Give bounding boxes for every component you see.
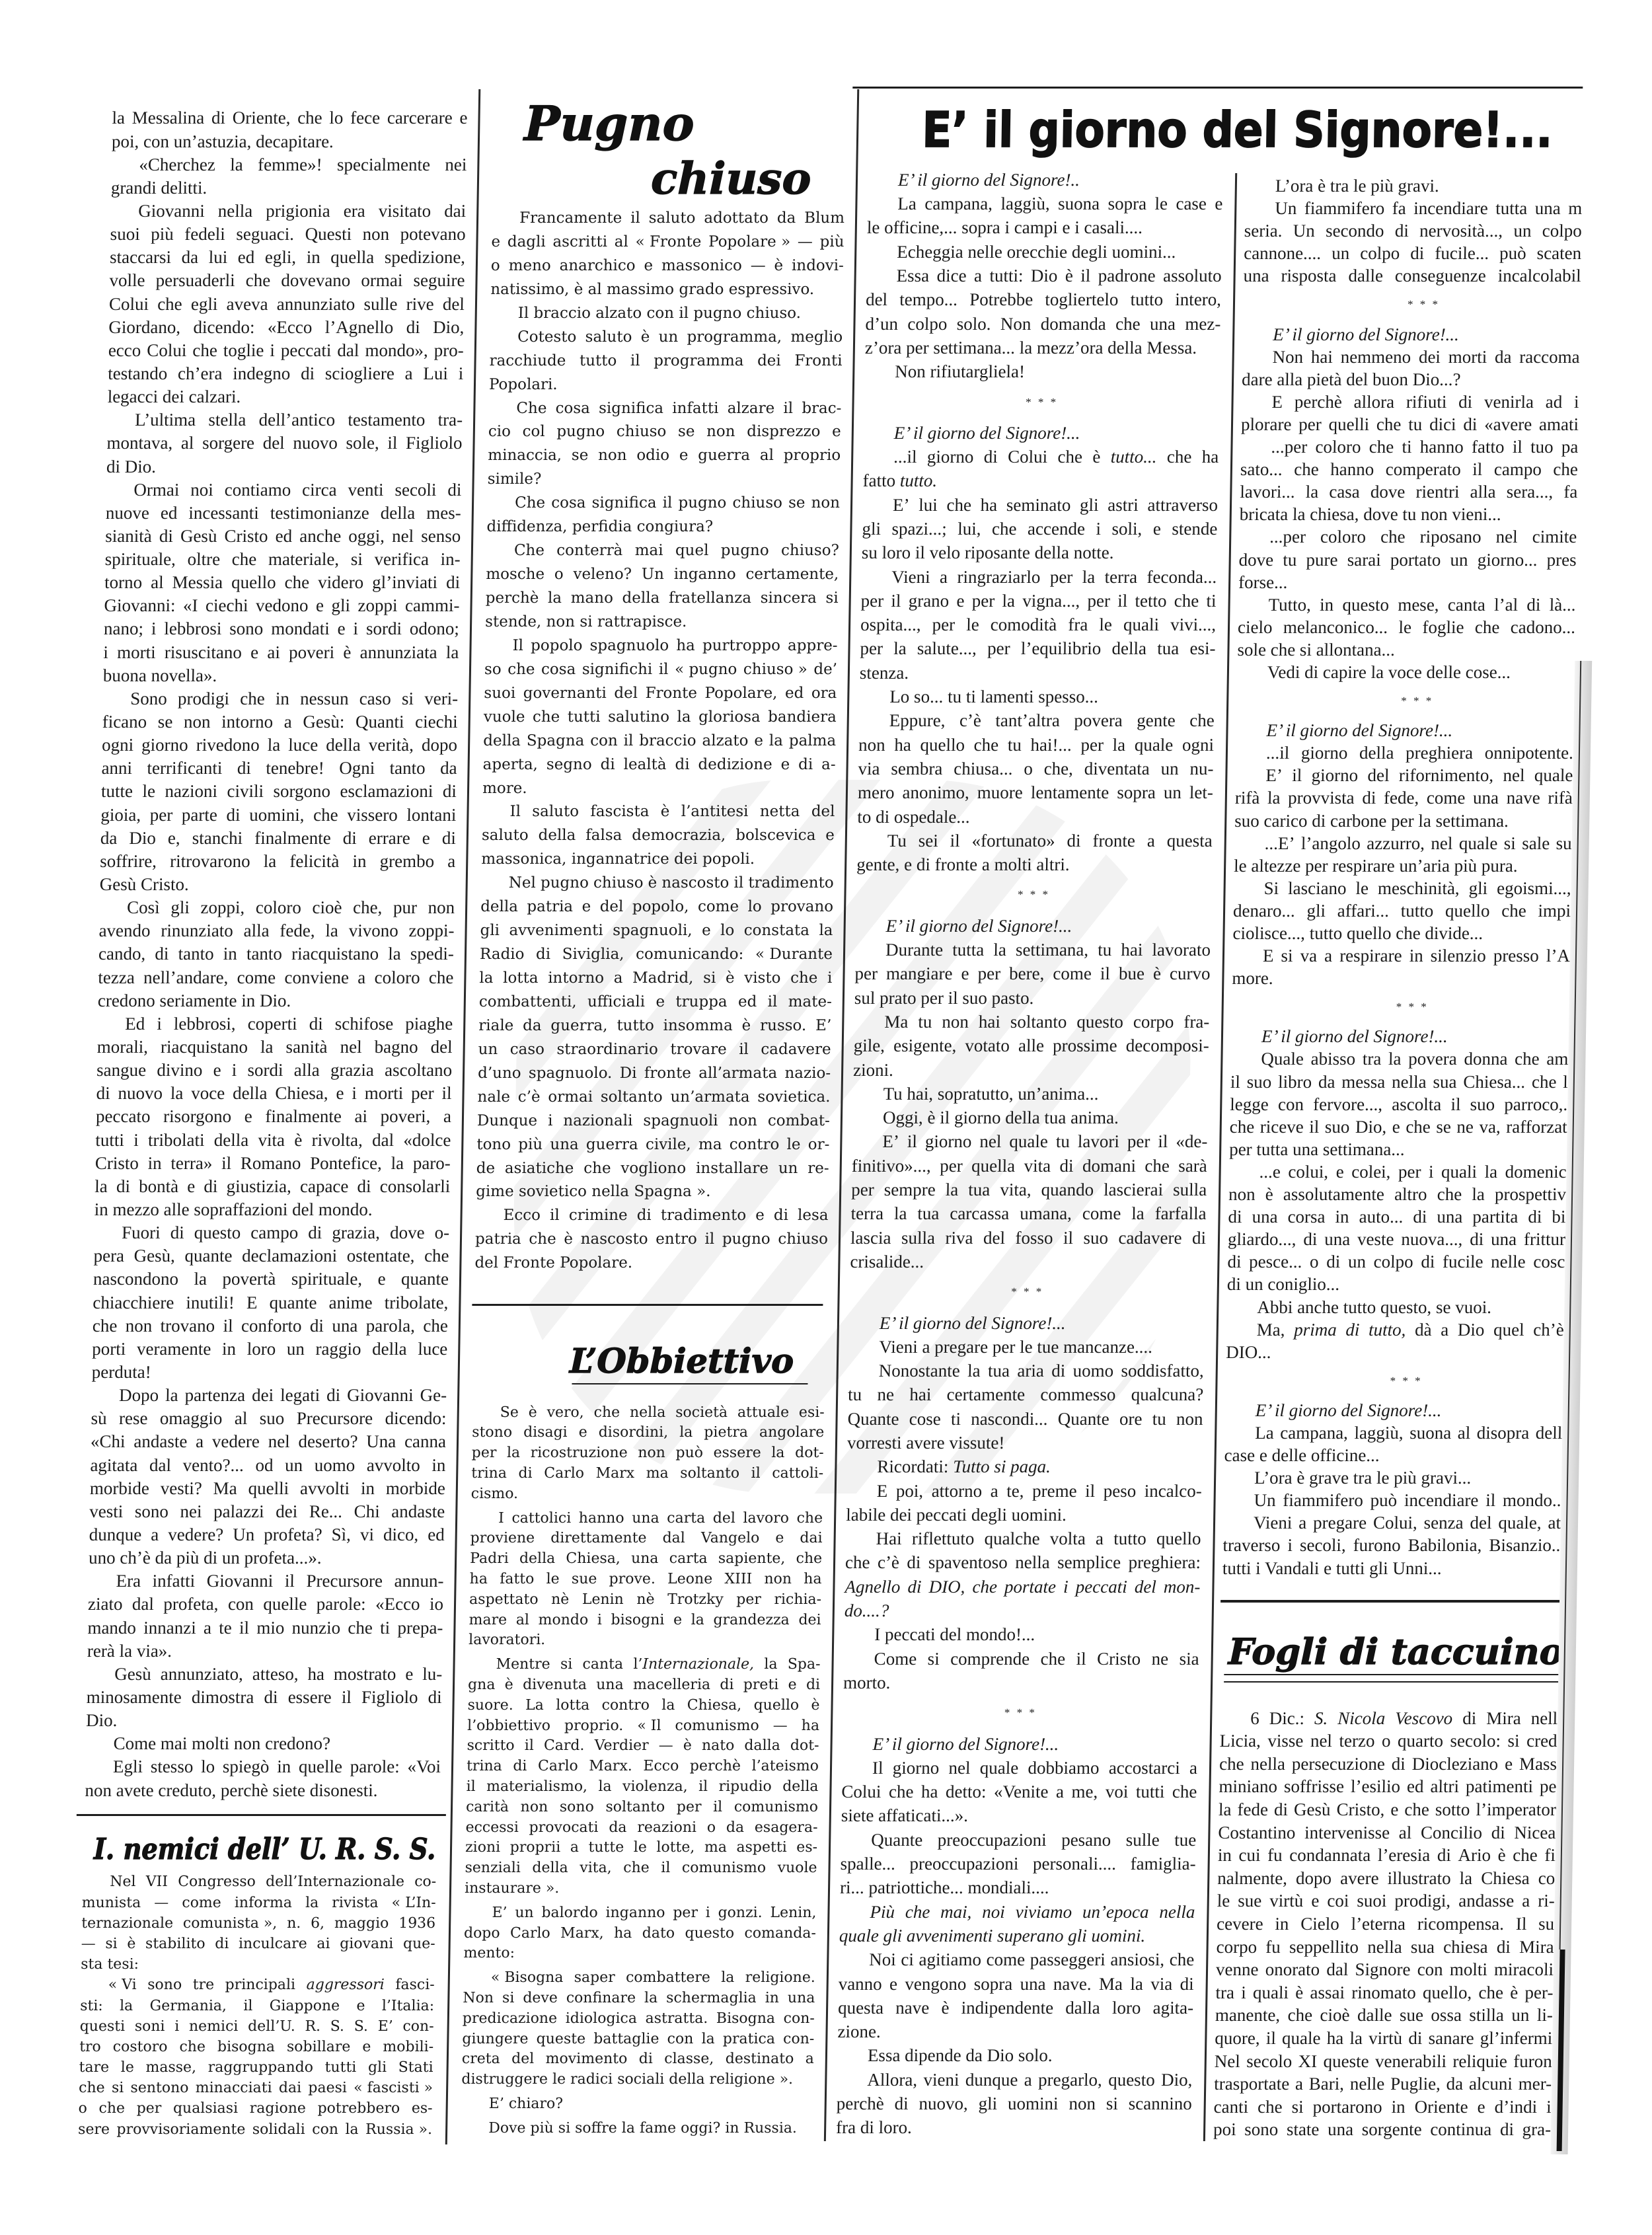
word: la [1349,2027,1363,2050]
word: terra [1104,565,1137,589]
paragraph: ...E’ l’angolo azzurro, nel quale si sal… [1234,832,1572,877]
word: Hai [876,1527,902,1550]
word: quali [1123,613,1160,636]
text-line: «Chi andaste a vedere nel deserto? Una c… [91,1430,447,1453]
word: affari... [1337,899,1390,922]
text-line: carità non sono soltanto per il comunism… [466,1798,818,1818]
word: il [1158,1129,1168,1153]
word: Giovanni [347,1384,414,1407]
word: E’ [1265,764,1283,786]
word: fasci- [395,1975,435,1995]
word: ascoltano [385,1059,453,1082]
text-line: e dagli ascritti al « Fronte Popolare » … [491,231,845,254]
word: respirare [1339,944,1402,967]
word: da [1495,346,1512,368]
word: salutino [608,706,670,730]
word: suoi [484,682,515,706]
word: per [851,1178,874,1201]
word: di [1500,2118,1515,2141]
word: a [196,1430,204,1453]
text-line: lavoratori. [469,1630,821,1651]
subheading: E’ il giorno del Signore!.. [868,168,1224,192]
text-line: proviene direttamente dal Vangelo e dai [470,1529,822,1549]
word: di [1410,242,1425,264]
section-separator: * * * [1231,989,1569,1025]
word: una [1020,1972,1046,1996]
word: per [1398,1160,1421,1183]
text-line: poi sono state una sorgente continua di … [1213,2118,1552,2141]
word: sulle [363,293,398,316]
word: di [226,804,241,827]
word: di [357,1175,371,1198]
word: la [391,1152,404,1175]
word: Tutto, [1268,593,1311,616]
word: è [774,254,783,278]
word: quale [980,1756,1019,1780]
word: lavori... [1240,480,1295,503]
word: ...per [1271,436,1307,458]
word: contro [729,1133,779,1157]
paragraph: Abbi anche tutto questo, se vuoi. [1226,1296,1565,1318]
word: fronte [1092,829,1135,852]
text-line: che si sentono minacciati dai paesi « fa… [79,2078,433,2098]
word: sorgere [202,432,255,455]
word: cattoli- [772,1464,823,1484]
word: è [683,1736,693,1757]
word: significhi [582,658,653,682]
text-line: dove tu pure sarai portato un giorno... … [1238,549,1577,571]
word: ogni [1182,733,1215,757]
text-line: montava, al sorgere del nuovo sole, il F… [106,432,463,455]
word: l’Italia: [382,1996,435,2016]
text-line: sta tesi: [81,1954,435,1975]
word: Figliolo [406,432,463,455]
word: decomposi- [1125,1034,1209,1057]
word: e [956,589,965,613]
paragraph: E’ il giorno nel quale tu lavori per il … [850,1129,1208,1273]
word: si [703,967,716,991]
word: vuole [777,1858,817,1879]
word: è [343,641,352,664]
word: meglio [790,326,843,350]
word: colpo [1360,242,1400,264]
word: tutta [1495,197,1528,219]
word: si [1504,832,1517,854]
word: seguaci. [236,223,294,246]
word: nelle [1350,2072,1385,2096]
word: Egli [113,1755,143,1778]
word: in [147,1152,162,1175]
word: di [636,1204,652,1228]
word: come [1053,962,1092,985]
word: coloro [374,966,420,989]
text-line: su loro il velo riposante della notte. [862,541,1218,564]
text-line: trina di Carlo Marx ma soltanto il catto… [471,1464,823,1484]
text-line: pera Gesù, quante declamazioni ostentate… [93,1244,449,1268]
word: per [411,1082,434,1105]
italic-text: Agnello [845,1577,900,1597]
word: da [181,246,198,269]
word: che [1515,1047,1540,1070]
word: anni [101,757,132,780]
word: dal [149,1454,172,1477]
text-line: ...il giorno della preghiera onnipotente… [1236,741,1574,764]
word: una [550,1133,579,1157]
word: meno [508,254,551,278]
paragraph: Si lasciano le meschinità, gli egoismi..… [1232,877,1571,944]
word: Colui [109,293,149,316]
word: soni [135,2016,165,2037]
word: direttamente [550,1529,647,1549]
paragraph: Il popolo spagnuolo ha purtroppo appre-s… [482,634,838,801]
text-line: aspettato nè Lenin nè Trotzky per richia… [469,1590,821,1610]
text-line: giungere queste battaglie con la pratica… [462,2029,814,2050]
word: la [769,730,784,753]
word: divenuta [523,1675,587,1696]
word: a [151,1523,159,1546]
word: suona [1058,192,1100,215]
word: insomma [663,1014,733,1038]
word: comodità [991,613,1057,636]
paragraph: Essa dice a tutti: Dio è il padrone asso… [865,264,1222,360]
word: informa [235,1893,293,1913]
word: preghiera: [1128,1550,1201,1574]
word: non [942,1010,969,1034]
word: quale [1534,764,1573,786]
word: ch’era [178,362,223,385]
word: nunzio [291,1616,340,1640]
word: soltanto [601,1086,663,1110]
word: non [1069,2092,1096,2115]
word: Chiesa, [566,1549,620,1570]
word: tra [1363,1047,1382,1070]
word: una [788,1989,815,2009]
word: la [764,1655,778,1675]
word: frittur [1524,1228,1566,1250]
word: al [1457,1421,1470,1444]
text-line: creta del movimento di classe, destinato… [462,2049,814,2070]
word: o [1310,1250,1319,1273]
word: Nonostante [878,1359,960,1383]
word: E’ [492,1903,507,1924]
word: che [1287,2004,1312,2027]
word: campo [250,1221,299,1244]
word: so [484,658,502,682]
word: o [1382,1729,1391,1753]
word: partenza [184,1384,245,1407]
word: come [698,895,739,919]
word: dopo [464,1924,500,1944]
word: una [1437,1205,1463,1228]
word: un [478,1038,498,1062]
word: le [786,1133,801,1157]
text-line: Come mai molti non credono? [85,1732,441,1755]
word: quelli [1328,413,1369,436]
word: palazzi [213,1500,264,1523]
word: che [1219,1753,1244,1776]
word: Radio [480,943,525,967]
word: umana, [1020,1201,1072,1225]
text-line: Nel pugno chiuso è nascosto il tradiment… [480,872,834,895]
word: «dolce [403,1129,451,1152]
word: preghiera [1406,741,1473,764]
word: furono [1353,1534,1401,1556]
word: Ecco [503,1204,541,1228]
word: sole, [346,432,379,455]
word: i [1241,1981,1246,2004]
word: lo [201,1755,215,1778]
word: stabilito [145,1934,206,1954]
word: finitivo»..., [852,1154,932,1178]
word: ascolta [1392,1093,1442,1116]
word: l’al [1494,593,1519,616]
word: là... [1550,593,1576,616]
word: che, [1043,757,1073,780]
word: cielo [1238,616,1273,638]
word: dunque [89,1523,141,1546]
word: nave [895,1996,930,2020]
word: seguire [413,269,465,292]
word: coloro [1320,525,1367,548]
word: domanda [1041,312,1107,336]
word: il [1266,2027,1277,2050]
text-line: di un coniglio... [1227,1273,1565,1295]
word: fratellanza [669,587,752,611]
word: della [622,587,659,611]
text-line: minaccia, se non odio e guerra al propri… [488,444,841,468]
word: quello, [1423,1981,1472,2004]
word: alla [293,1059,320,1082]
word: fra [1068,613,1088,636]
text-line: vuole che tutti salutino la gloriosa ban… [484,706,837,730]
word: «de- [1176,1129,1208,1153]
word: gli [978,2092,997,2115]
word: farfalla [1154,1201,1207,1225]
text-line: nalmente, dopo avere illustrato la Chies… [1217,1867,1556,1890]
word: fucile [1443,1250,1483,1273]
word: ogni [102,734,134,757]
word: giorno... [1477,549,1537,571]
paragraph: Tutto, in questo mese, canta l’al di là.… [1237,593,1576,661]
text-line: cannone.... un colpo di fucile... può sc… [1244,242,1582,264]
word: di [638,2049,653,2070]
word: fu [1265,1936,1281,1959]
word: di [1067,829,1081,852]
word: raccoma [1519,346,1580,368]
word: padrone [1098,264,1156,287]
word: parole: [350,1755,400,1778]
text-line: rerà la via». [87,1640,443,1663]
word: del [430,1036,453,1059]
word: gli [480,919,500,943]
text-line: tro costoro che bisogna sobillare e mobi… [79,2037,434,2057]
word: straordinario [556,1038,658,1062]
word: e [187,1175,196,1198]
word: poveri, [380,1105,430,1128]
word: Questi [305,223,352,246]
word: ...e [1259,1160,1281,1183]
word: il [661,1858,671,1879]
text-line: Che conterrà mai quel pugno chiuso? [486,539,840,563]
word: la [819,919,833,943]
word: Dic.: [1269,1707,1304,1730]
word: E’ [377,2016,393,2037]
word: riceve [1260,1116,1304,1138]
word: con- [783,2009,815,2029]
word: nè [551,1590,570,1610]
word: asiatiche [505,1157,574,1181]
word: vedere? [168,1523,224,1546]
word: il [704,1228,714,1252]
word: macelleria [633,1675,711,1696]
word: il [524,1736,534,1757]
text-line: volle persuaderli che dovevano ormai seg… [109,269,465,292]
word: agitiamo [919,1948,981,1971]
word: una [1324,1228,1351,1250]
word: risposta [1281,264,1337,287]
word: dei [1419,346,1441,368]
paragraph: Sono prodigi che in nessun caso si veri-… [99,687,458,896]
text-line: suoi più fedeli seguaci. Questi non pote… [110,223,466,246]
word: aspetti [736,1838,787,1858]
text-line: Abbi anche tutto questo, se vuoi. [1226,1296,1565,1318]
word: allora [1353,391,1394,413]
word: di [1059,1154,1074,1178]
text-line: corpo fu seppellito nella sua chiesa di … [1216,1936,1554,1959]
word: di [442,827,457,850]
text-line: chiacchiere inutili! E quante anime trib… [93,1291,449,1314]
word: let- [1189,780,1214,804]
word: ...per [1269,525,1306,548]
word: suoi [1357,1889,1387,1913]
word: di [1408,2027,1423,2050]
word: spiegò [223,1755,270,1778]
word: il [739,1038,749,1062]
paragraph: Ma tu non hai soltanto questo corpo fra-… [853,1010,1210,1082]
text-line: Echeggia nelle orecchie degli uomini... [866,240,1222,264]
word: viviamo [1015,1900,1072,1924]
word: fi [1544,1844,1556,1867]
word: fedeli [184,223,225,246]
word: de [476,1157,495,1181]
word: suoi [110,223,140,246]
word: volta [1050,1527,1086,1550]
word: intorno [548,967,605,991]
paragraph: Un fiammifero fa incendiare tutta una ms… [1243,197,1582,287]
word: dai [444,200,467,223]
word: del [262,432,285,455]
word: il [1485,1489,1496,1511]
word: morti [117,641,156,664]
text-line: scritto il Card. Verdier — è nato dalla … [467,1736,819,1757]
word: mero [858,780,895,804]
italic-text: Tutto si paga. [953,1457,1051,1476]
word: tuo [1530,436,1554,458]
word: « Bisogna [491,1968,564,1989]
word: profeta, [163,1593,219,1616]
italic-text: Nicola [1337,1708,1385,1728]
word: ciechi [206,594,248,617]
subheading: E’ il giorno del Signore!... [1225,1399,1563,1421]
word: toglie [223,339,264,362]
word: di [447,478,462,502]
text-line: sangue divino e i sordi alla grazia asco… [96,1059,453,1082]
text-line: per la salute..., per l’equilibrio della… [860,636,1216,660]
word: canna [404,1430,447,1453]
word: nel [268,1430,290,1453]
word: nè [636,1590,655,1610]
word: Lui [423,362,448,385]
word: Fronte [645,682,697,706]
word: cadavere [1118,1226,1182,1250]
word: rive [406,293,434,316]
word: che [1229,1116,1254,1138]
paragraph: Un fiammifero può incendiare il mondo.. [1223,1489,1561,1511]
word: la [1219,1798,1232,1821]
word: onorato [1265,1958,1320,1981]
word: illustrato [1387,1867,1451,1890]
text-line: sere provvisoriamente solidali con la Ru… [78,2119,433,2140]
word: esclamazioni [340,780,433,803]
word: giovani [340,1934,394,1954]
word: si [112,2078,124,2098]
text-line: Vieni a pregare per le tue mancanze.... [848,1335,1205,1359]
word: Giappone [270,1996,340,2016]
word: un’armata [670,1086,750,1110]
word: a [357,966,366,989]
paragraph: Ed i lebbrosi, coperti di schifose piagh… [94,1012,453,1221]
paragraph: E’ il giorno del rifornimento, nel quale… [1234,764,1573,831]
word: saper [574,1968,615,1989]
word: le [546,1570,560,1590]
word: nella [217,200,252,223]
word: sotto [1435,1798,1470,1821]
word: zoppi, [200,896,244,919]
word: gioia, [100,804,141,827]
word: sentono [130,2078,188,2098]
word: Il [509,800,521,824]
word: gloriosa [698,706,761,730]
word: pratica [723,2029,776,2050]
word: di [983,445,998,469]
word: reazioni [637,1818,696,1838]
word: più [819,231,844,254]
word: pesce... [1249,1250,1302,1273]
word: a [1298,1511,1307,1534]
text-line: venne onorato dal Signore con molti mira… [1216,1958,1554,1981]
word: terra» [170,1152,213,1175]
word: aveva [226,293,268,316]
word: ecco [108,339,141,362]
word: finalmente [265,1105,342,1128]
word: Agnello [845,1575,901,1599]
word: patria [475,1228,521,1252]
word: di [600,753,615,777]
word: intervenisse [1304,1821,1390,1844]
word: soddisfatto, [1121,1359,1204,1383]
word: di [1470,1228,1484,1250]
word: quella [971,1154,1016,1178]
text-line: dunque a vedere? Un profeta? Sì, vi dico… [89,1523,445,1546]
word: ripudio [718,1777,772,1798]
word: salute..., [917,636,977,660]
word: esi- [1189,636,1216,660]
word: richia- [774,1590,821,1610]
word: casa [1329,480,1360,503]
word: al [760,444,774,468]
word: tutti [567,706,600,730]
word: nascondi... [971,1407,1048,1431]
